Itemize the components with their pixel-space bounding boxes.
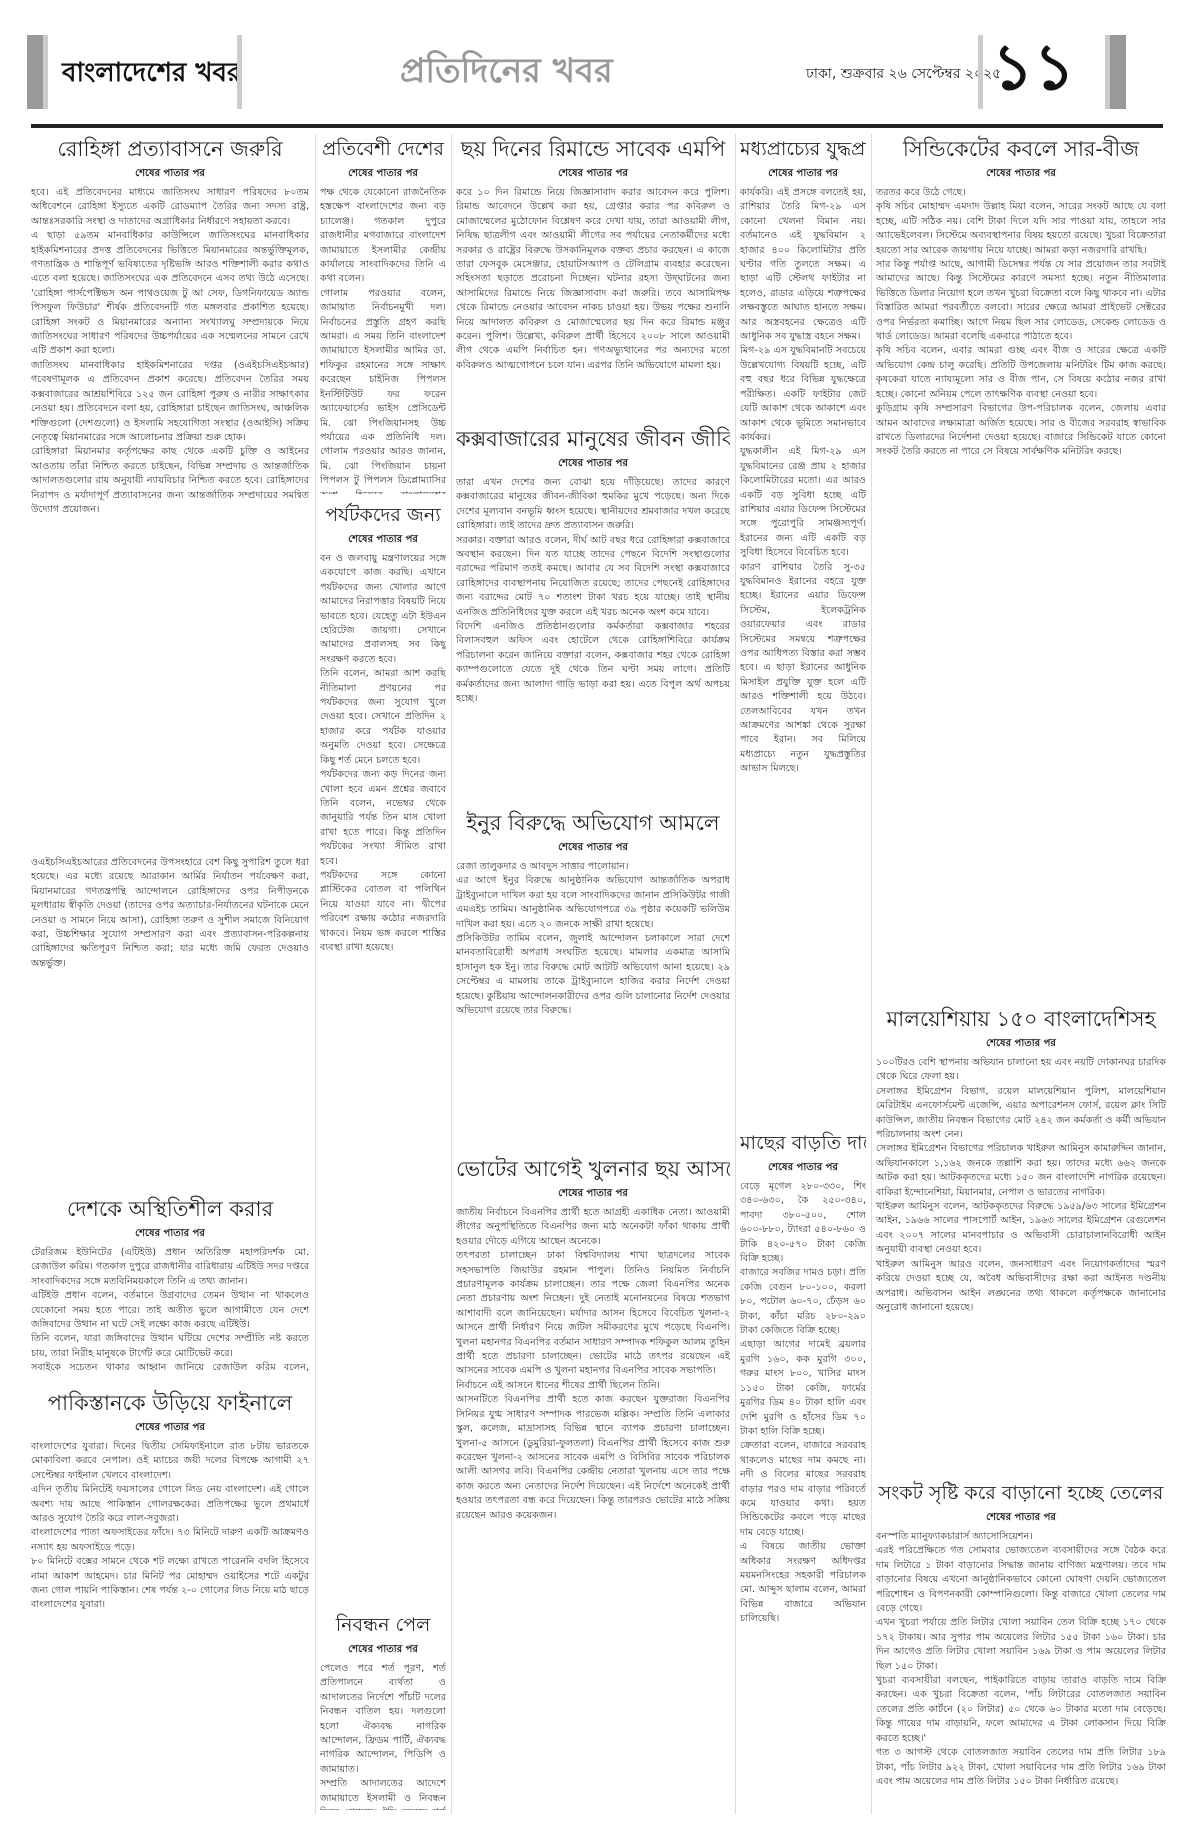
article-body: করে ১০ দিন রিমান্ডে নিয়ে জিজ্ঞাসাবাদ কর… (456, 186, 730, 373)
masthead-divider-right (978, 35, 983, 109)
paragraph: সম্প্রতি আদালতের আদেশে জামায়াতে ইসলামী … (320, 1777, 446, 1810)
paragraph: সার কিন্তু পর্যাপ্ত আছে, আগামী ডিসেম্বর … (876, 258, 1166, 344)
continued-label: শেষের পাতার পর (320, 532, 446, 549)
paragraph: সবাইকে সচেতন থাকার আহ্বান জানিয়ে রেজাউল… (31, 1361, 309, 1374)
paragraph: সেলাঙ্গর ইমিগ্রেশন বিভাগের পরিচালক খাইরু… (876, 1142, 1166, 1200)
article-body: তারা এখন দেশের জন্য বোঝা হয়ে দাঁড়িয়েছ… (456, 476, 730, 707)
continued-label: শেষের পাতার পর (31, 1420, 309, 1437)
article-fish[interactable]: মাছের বাড়তি দামে শেষের পাতার পর বেড়ে ম… (740, 1128, 866, 1818)
paragraph: যুদ্ধকালীন এই মিগ-২৯ এস যুদ্ধবিমানের রেঞ… (740, 445, 866, 560)
paragraph: এ ছাড়া ৫৯তম মানবাধিকার কাউন্সিলে জাতিসং… (31, 229, 309, 359)
paragraph: খুচরা ব্যবসায়ীরা বলছেন, পাইকারিতে বাড়া… (876, 1674, 1166, 1746)
article-oil[interactable]: সংকট সৃষ্টি করে বাড়ানো হচ্ছে তেলের শেষে… (876, 1478, 1166, 1818)
article-rohingya-end: ওএইচসিএইচআরের প্রতিবেদনের উপসংহারে বেশ ক… (31, 856, 309, 1186)
paragraph: বেড়ে মৃগেল ২৮০-৩৩০, শিং ৩৪০-৬৩০, কৈ ২৫০… (740, 1180, 866, 1266)
headline[interactable]: ছয় দিনের রিমান্ডে সাবেক এমপি (456, 134, 730, 164)
paragraph: জাতিসংঘ মানবাধিকার হাইকমিশনারের দপ্তর (ও… (31, 359, 309, 445)
headline[interactable]: সংকট সৃষ্টি করে বাড়ানো হচ্ছে তেলের (876, 1478, 1166, 1508)
paragraph: এখন খুচরা পর্যায়ে প্রতি লিটার খোলা সয়া… (876, 1616, 1166, 1674)
paragraph: মিগ-২৯ এস যুদ্ধবিমানটি সবচেয়ে উল্লেখযোগ… (740, 344, 866, 445)
paragraph: এরই পরিপ্রেক্ষিতে গত সোমবার ভোজ্যতেল ব্য… (876, 1544, 1166, 1616)
article-body: বন ও জলবায়ু মন্ত্রণালয়ের সঙ্গে একযোগে … (320, 552, 446, 955)
headline[interactable]: নিবন্ধন পেল (320, 1610, 446, 1640)
paragraph: কৃষি সচিব মোহাম্মদ এমদাদ উল্লাহ মিয়া বল… (876, 200, 1166, 258)
paragraph: রেজা তালুকদার ও আবদুস সাত্তার পালোয়ান। (456, 860, 730, 874)
masthead-bar-right (1110, 35, 1126, 109)
masthead-rule (31, 124, 1163, 128)
article-body: বাংলাদেশের যুবারা। দিনের দ্বিতীয় সেমিফা… (31, 1440, 309, 1613)
paragraph: বিদেশি এনজিও প্রতিষ্ঠানগুলোর কর্মকর্তারা… (456, 620, 730, 706)
article-inu[interactable]: ইনুর বিরুদ্ধে অভিযোগ আমলে শেষের পাতার পর… (456, 808, 730, 1028)
continued-label: শেষের পাতার পর (740, 1160, 866, 1177)
article-body: জাতীয় নির্বাচনে বিএনপির প্রার্থী হতে আগ… (456, 1206, 730, 1523)
article-khulna[interactable]: ভোটের আগেই খুলনার ছয় আসনে শেষের পাতার প… (456, 1154, 730, 1814)
article-body: ১০০টিরও বেশি স্থাপনায় অভিযান চালানো হয়… (876, 1056, 1166, 1315)
paragraph: বনস্পতি ম্যানুফ্যাকচারার্স অ্যাসোসিয়েশন… (876, 1530, 1166, 1544)
paragraph: নির্বাচনে এই আসনে ধানের শীষের প্রার্থী ছ… (456, 1379, 730, 1393)
headline[interactable]: মধ্যপ্রাচ্যের যুদ্ধপ্রস্তুতি (740, 134, 866, 164)
masthead-bar-left (27, 35, 43, 109)
paragraph: তিনি বলেন, আমরা আশ করছি নীতিমালা প্রণয়ন… (320, 667, 446, 768)
article-body: ওএইচসিএইচআরের প্রতিবেদনের উপসংহারে বেশ ক… (31, 856, 309, 971)
article-neighbor[interactable]: প্রতিবেশী দেশের শেষের পাতার পর পক্ষ থেকে… (320, 134, 446, 494)
column-divider (871, 134, 872, 1814)
headline[interactable]: পর্যটকদের জন্য (320, 500, 446, 530)
article-malaysia[interactable]: মালয়েশিয়ায় ১৫০ বাংলাদেশিসহ শেষের পাতা… (876, 1004, 1166, 1474)
paragraph: সেলাঙ্গর ইমিগ্রেশন বিভাগ, রয়েল মালয়েশি… (876, 1085, 1166, 1143)
paragraph: কার্যকরি। এই প্রসঙ্গে বলতেই হয়, রাশিয়া… (740, 186, 866, 344)
paragraph: টেররিজম ইউনিটের (এটিইউ) প্রধান অতিরিক্ত … (31, 1246, 309, 1289)
paragraph: করে ১০ দিন রিমান্ডে নিয়ে জিজ্ঞাসাবাদ কর… (456, 186, 730, 373)
headline[interactable]: ইনুর বিরুদ্ধে অভিযোগ আমলে (456, 808, 730, 838)
continued-label: শেষের পাতার পর (740, 166, 866, 183)
article-body: টেররিজম ইউনিটের (এটিইউ) প্রধান অতিরিক্ত … (31, 1246, 309, 1374)
paragraph: কুড়িগ্রাম কৃষি সম্প্রসারণ বিভাগের উপ-পর… (876, 402, 1166, 460)
paragraph: জাতীয় নির্বাচনে বিএনপির প্রার্থী হতে আগ… (456, 1206, 730, 1249)
column-divider (451, 134, 452, 1814)
headline[interactable]: সিন্ডিকেটের কবলে সার-বীজ (876, 134, 1166, 164)
paragraph: এ বিষয়ে জাতীয় ভোক্তা অধিকার সংরক্ষণ অধ… (740, 1540, 866, 1626)
paragraph: বাজারে সবজির দামও চড়া। প্রতি কেজি বেগুন… (740, 1266, 866, 1338)
article-body: কার্যকরি। এই প্রসঙ্গে বলতেই হয়, রাশিয়া… (740, 186, 866, 777)
paragraph: পর্যটকদের জন্য কড় দিনের জন্য খোলা হবে এ… (320, 768, 446, 869)
paragraph: ক্রেতারা বলেন, বাজারে সরবরাহ থাকলেও মাছে… (740, 1439, 866, 1540)
article-body: বেড়ে মৃগেল ২৮০-৩৩০, শিং ৩৪০-৬৩০, কৈ ২৫০… (740, 1180, 866, 1627)
article-syndicate[interactable]: সিন্ডিকেটের কবলে সার-বীজ শেষের পাতার পর … (876, 134, 1166, 994)
column-divider (315, 134, 316, 1814)
article-body: তরতর করে উঠে গেছে। কৃষি সচিব মোহাম্মদ এম… (876, 186, 1166, 460)
article-coxsbazar[interactable]: কক্সবাজারের মানুষের জীবন জীবিকা শেষের পা… (456, 424, 730, 800)
paragraph: আসনটিতে বিএনপির প্রার্থী হতে কাজ করছেন য… (456, 1393, 730, 1523)
paragraph: তারা এখন দেশের জন্য বোঝা হয়ে দাঁড়িয়েছ… (456, 476, 730, 534)
paragraph: রোহিঙ্গারা মিয়ানমার কর্তৃপক্ষের কাছ থেক… (31, 445, 309, 517)
paragraph: বাংলাদেশের পাতা অফসাইডের ফাঁদে। ৭৩ মিনিট… (31, 1526, 309, 1555)
headline[interactable]: রোহিঙ্গা প্রত্যাবাসনে জরুরি (31, 134, 309, 164)
article-body: বনস্পতি ম্যানুফ্যাকচারার্স অ্যাসোসিয়েশন… (876, 1530, 1166, 1789)
continued-label: শেষের পাতার পর (456, 456, 730, 473)
headline[interactable]: কক্সবাজারের মানুষের জীবন জীবিকা (456, 424, 730, 454)
headline[interactable]: প্রতিবেশী দেশের (320, 134, 446, 164)
article-body: পেলেও পরে শর্ত পূরণ, শর্ত প্রতিপালনে ব্য… (320, 1662, 446, 1810)
article-tourists[interactable]: পর্যটকদের জন্য শেষের পাতার পর বন ও জলবায… (320, 500, 446, 1580)
article-body: হবে। এই প্রতিবেদনের মাধ্যমে জাতিসংঘ সাধা… (31, 186, 309, 517)
paragraph: ওএইচসিএইচআরের প্রতিবেদনের উপসংহারে বেশ ক… (31, 856, 309, 971)
paragraph: কৃষি সচিব বলেন, এবার আমরা গুচ্ছ এবং বীজ … (876, 344, 1166, 402)
paragraph: কারণ রাশিয়ার তৈরি সু-৩৫ যুদ্ধবিমানও ইরা… (740, 561, 866, 777)
paragraph: তৎপরতা চালাচ্ছেন ঢাকা বিশ্ববিদ্যালয় শাখ… (456, 1249, 730, 1379)
article-remand[interactable]: ছয় দিনের রিমান্ডে সাবেক এমপি শেষের পাতা… (456, 134, 730, 414)
paragraph: গত ৩ আগস্ট থেকে বোতলজাত সয়াবিন তেলের দা… (876, 1746, 1166, 1789)
continued-label: শেষের পাতার পর (456, 1186, 730, 1203)
article-middleeast[interactable]: মধ্যপ্রাচ্যের যুদ্ধপ্রস্তুতি শেষের পাতার… (740, 134, 866, 1114)
paragraph: ৮০ মিনিটে বক্সের সামনে থেকে শট লক্ষ্যে র… (31, 1555, 309, 1613)
paragraph: গোলাম পরওয়ার বলেন, জামায়াত নির্বাচনমুখ… (320, 287, 446, 494)
continued-label: শেষের পাতার পর (31, 1226, 309, 1243)
paragraph: এটিইউ প্রধান বলেন, বর্তমানে উগ্রবাদের তে… (31, 1289, 309, 1332)
article-registration[interactable]: নিবন্ধন পেল শেষের পাতার পর পেলেও পরে শর্… (320, 1610, 446, 1810)
continued-label: শেষের পাতার পর (456, 166, 730, 183)
headline[interactable]: দেশকে অস্থিতিশীল করার (31, 1194, 309, 1224)
section-title: বাংলাদেশের খবর (62, 52, 241, 96)
continued-label: শেষের পাতার পর (31, 166, 309, 183)
headline[interactable]: পাকিস্তানকে উড়িয়ে ফাইনালে (31, 1388, 309, 1418)
masthead: বাংলাদেশের খবর প্রতিদিনের খবর ঢাকা, শুক্… (0, 0, 1200, 118)
paragraph: পর্যটকদের সঙ্গে কোনো প্লাস্টিকের বোতল বা… (320, 869, 446, 955)
masthead-divider-left (237, 35, 242, 109)
paragraph: এদিন তৃতীয় মিনিটেই ফয়সালের গোলে লিড নে… (31, 1483, 309, 1526)
paragraph: এছাড়া আগের দামেই ব্রয়লার মুরগি ১৬০, কক… (740, 1338, 866, 1439)
continued-label: শেষের পাতার পর (456, 840, 730, 857)
continued-label: শেষের পাতার পর (876, 1036, 1166, 1053)
paragraph: বন ও জলবায়ু মন্ত্রণালয়ের সঙ্গে একযোগে … (320, 552, 446, 667)
continued-label: শেষের পাতার পর (876, 166, 1166, 183)
article-pakistan[interactable]: পাকিস্তানকে উড়িয়ে ফাইনালে শেষের পাতার … (31, 1388, 309, 1798)
column-divider (735, 134, 736, 1814)
article-rohingya[interactable]: রোহিঙ্গা প্রত্যাবাসনে জরুরি শেষের পাতার … (31, 134, 309, 854)
paragraph: খাইরুল আমিনুস আরও বলেন, জনসাধারণ এবং নিয… (876, 1258, 1166, 1316)
paragraph: সরকার। বক্তারা আরও বলেন, দীর্ঘ আট বছর ধর… (456, 534, 730, 620)
paragraph: হবে। এই প্রতিবেদনের মাধ্যমে জাতিসংঘ সাধা… (31, 186, 309, 229)
paragraph: ১০০টিরও বেশি স্থাপনায় অভিযান চালানো হয়… (876, 1056, 1166, 1085)
continued-label: শেষের পাতার পর (320, 1642, 446, 1659)
paragraph: এর আগে ইনুর বিরুদ্ধে আনুষ্ঠানিক অভিযোগ আ… (456, 874, 730, 932)
paragraph: তিনি বলেন, যারা জঙ্গিবাদের উত্থান ঘটিয়ে… (31, 1332, 309, 1361)
paragraph: বাংলাদেশের যুবারা। দিনের দ্বিতীয় সেমিফা… (31, 1440, 309, 1483)
article-body: রেজা তালুকদার ও আবদুস সাত্তার পালোয়ান। … (456, 860, 730, 1018)
dateline: ঢাকা, শুক্রবার ২৬ সেপ্টেম্বর ২০২৫ (806, 62, 1001, 86)
paragraph: তরতর করে উঠে গেছে। (876, 186, 1166, 200)
page-number: ১১ (992, 28, 1075, 108)
headline[interactable]: মালয়েশিয়ায় ১৫০ বাংলাদেশিসহ (876, 1004, 1166, 1034)
article-unstable[interactable]: দেশকে অস্থিতিশীল করার শেষের পাতার পর টের… (31, 1194, 309, 1374)
paragraph: পক্ষ থেকে যেকোনো রাজনৈতিক হস্তক্ষেপ বাংল… (320, 186, 446, 287)
paragraph: খাইরুল আমিনুস বলেন, আটককৃতদের বিরুদ্ধে ১… (876, 1200, 1166, 1258)
paragraph: প্রসিকিউটর তামিম বলেন, জুলাই আন্দোলন চলা… (456, 932, 730, 1018)
headline[interactable]: মাছের বাড়তি দামে (740, 1128, 866, 1158)
continued-label: শেষের পাতার পর (320, 166, 446, 183)
headline[interactable]: ভোটের আগেই খুলনার ছয় আসনে (456, 1154, 730, 1184)
article-body: পক্ষ থেকে যেকোনো রাজনৈতিক হস্তক্ষেপ বাংল… (320, 186, 446, 494)
brand-logo: প্রতিদিনের খবর (400, 45, 613, 102)
paragraph: পেলেও পরে শর্ত পূরণ, শর্ত প্রতিপালনে ব্য… (320, 1662, 446, 1777)
masthead-bar-left-light (43, 35, 48, 109)
continued-label: শেষের পাতার পর (876, 1510, 1166, 1527)
